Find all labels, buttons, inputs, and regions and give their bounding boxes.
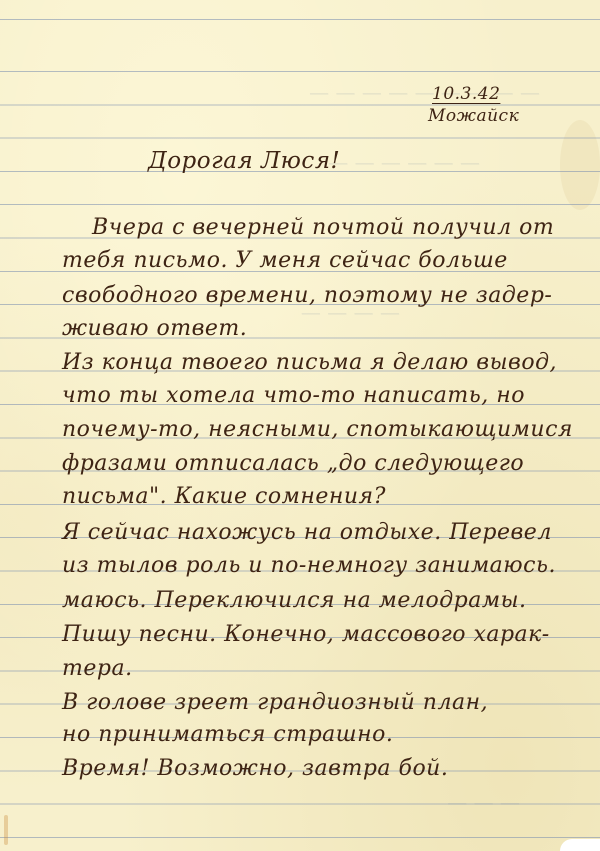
letter-date: 10.3.42 — [432, 84, 500, 104]
letter-line: маюсь. Переключился на мелодрамы. — [62, 588, 526, 613]
torn-corner — [560, 839, 600, 851]
letter-line: В голове зреет грандиозный план, — [62, 690, 488, 715]
letter-line: почему-то, неясными, спотыкающимися — [62, 417, 573, 442]
letter-line: фразами отписалась „до следующего — [62, 451, 524, 476]
letter-line: Из конца твоего письма я делаю вывод, — [62, 350, 557, 375]
letter-line: живаю ответ. — [62, 316, 247, 341]
paper-stain — [4, 815, 8, 845]
letter-page: — — — — — — — — — — — — — — — — — — — — … — [0, 0, 600, 851]
letter-line: но приниматься страшно. — [62, 722, 393, 747]
letter-line: тера. — [62, 656, 133, 681]
letter-line: письма". Какие сомнения? — [62, 484, 386, 509]
letter-greeting: Дорогая Люся! — [148, 148, 340, 174]
letter-line: свободного времени, поэтому не задер- — [62, 283, 552, 308]
paper-stain — [560, 120, 600, 210]
letter-line: Время! Возможно, завтра бой. — [62, 756, 448, 781]
letter-line: из тылов роль и по-немногу занимаюсь. — [62, 553, 556, 578]
letter-line: Вчера с вечерней почтой получил от — [92, 215, 554, 240]
letter-line: Я сейчас нахожусь на отдыхе. Перевел — [62, 520, 552, 545]
letter-line: тебя письмо. У меня сейчас больше — [62, 248, 508, 273]
letter-place: Можайск — [428, 106, 519, 126]
letter-line: что ты хотела что-то написать, но — [62, 383, 525, 408]
letter-line: Пишу песни. Конечно, массового харак- — [62, 622, 550, 647]
